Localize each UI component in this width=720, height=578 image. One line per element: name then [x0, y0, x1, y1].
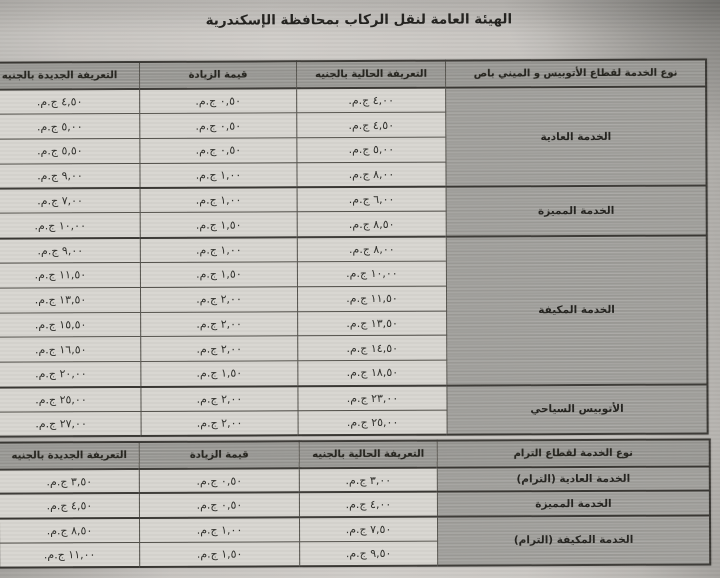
current-tariff-cell: ١١,٥٠ ج.م. [297, 286, 446, 311]
fare-row: الخدمة المميزة٤,٠٠ ج.م.٠,٥٠ ج.م.٤,٥٠ ج.م… [0, 491, 710, 518]
increase-tariff-cell: ١,٠٠ ج.م. [140, 163, 297, 188]
scanned-document-photo: الهيئة العامة لنقل الركاب بمحافظة الإسكن… [0, 0, 720, 578]
increase-tariff-cell: ٠,٥٠ ج.م. [140, 138, 297, 163]
service-category-cell: الخدمة المميزة [446, 186, 707, 237]
new-tariff-cell: ٥,٥٠ ج.م. [0, 139, 140, 164]
current-tariff-cell: ٨,٠٠ ج.م. [297, 162, 446, 187]
increase-tariff-cell: ١,٥٠ ج.م. [140, 212, 297, 237]
current-tariff-cell: ٤,٠٠ ج.م. [297, 88, 446, 113]
current-tariff-cell: ٤,٠٠ ج.م. [299, 492, 437, 517]
current-tariff-cell: ٦,٠٠ ج.م. [297, 187, 446, 212]
column-header-service: نوع الخدمة لقطاع الأتوبيس و الميني باص [446, 59, 707, 87]
fare-row: الأتوبيس السياحي٢٣,٠٠ ج.م.٢,٠٠ ج.م.٢٥,٠٠… [0, 384, 708, 412]
increase-tariff-cell: ٢,٠٠ ج.م. [141, 336, 298, 361]
column-header-service: نوع الخدمة لقطاع الترام [437, 439, 710, 467]
increase-tariff-cell: ٠,٥٠ ج.م. [140, 113, 297, 138]
new-tariff-cell: ٢٥,٠٠ ج.م. [0, 387, 141, 412]
new-tariff-cell: ٤,٥٠ ج.م. [0, 493, 139, 518]
column-header-new: التعريفة الجديدة بالجنيه [0, 62, 140, 90]
current-tariff-cell: ٥,٠٠ ج.م. [297, 137, 446, 162]
new-tariff-cell: ١٥,٥٠ ج.م. [0, 312, 141, 337]
new-tariff-cell: ١٣,٥٠ ج.م. [0, 287, 141, 312]
column-header-current: التعريفة الحالية بالجنيه [299, 441, 437, 469]
column-header-new: التعريفة الجديدة بالجنيه [0, 442, 139, 470]
new-tariff-cell: ١٦,٥٠ ج.م. [0, 337, 141, 362]
increase-tariff-cell: ٢,٠٠ ج.م. [141, 311, 298, 336]
current-tariff-cell: ١٠,٠٠ ج.م. [297, 261, 446, 286]
new-tariff-cell: ٩,٠٠ ج.م. [0, 238, 140, 263]
new-tariff-cell: ٥,٠٠ ج.م. [0, 114, 140, 139]
current-tariff-cell: ٢٣,٠٠ ج.م. [298, 385, 447, 410]
increase-tariff-cell: ١,٠٠ ج.م. [140, 187, 297, 212]
document-title: الهيئة العامة لنقل الركاب بمحافظة الإسكن… [0, 10, 719, 29]
current-tariff-cell: ٧,٥٠ ج.م. [299, 516, 437, 541]
service-category-cell: الخدمة المكيفة [446, 235, 707, 385]
current-tariff-cell: ١٨,٥٠ ج.م. [298, 360, 447, 385]
header-row: نوع الخدمة لقطاع الأتوبيس و الميني باصال… [0, 59, 706, 89]
new-tariff-cell: ٩,٠٠ ج.م. [0, 163, 140, 188]
service-category-cell: الأتوبيس السياحي [447, 384, 708, 435]
increase-tariff-cell: ١,٠٠ ج.م. [140, 237, 297, 262]
new-tariff-cell: ٣,٥٠ ج.م. [0, 469, 139, 494]
current-tariff-cell: ٨,٠٠ ج.م. [297, 236, 446, 261]
fare-row: الخدمة العادية٤,٠٠ ج.م.٠,٥٠ ج.م.٤,٥٠ ج.م… [0, 86, 706, 114]
increase-tariff-cell: ٠,٥٠ ج.م. [139, 493, 299, 518]
increase-tariff-cell: ٠,٥٠ ج.م. [139, 468, 299, 493]
fare-row: الخدمة المكيفة (الترام)٧,٥٠ ج.م.١,٠٠ ج.م… [0, 515, 710, 542]
new-tariff-cell: ٤,٥٠ ج.م. [0, 89, 140, 114]
new-tariff-cell: ١١,٥٠ ج.م. [0, 263, 140, 288]
current-tariff-cell: ٩,٥٠ ج.م. [300, 541, 438, 566]
column-header-current: التعريفة الحالية بالجنيه [297, 61, 446, 89]
increase-tariff-cell: ٠,٥٠ ج.م. [140, 88, 297, 113]
service-category-cell: الخدمة المميزة [437, 491, 710, 517]
bus-table-section: نوع الخدمة لقطاع الأتوبيس و الميني باصال… [11, 58, 709, 437]
increase-tariff-cell: ١,٠٠ ج.م. [139, 517, 299, 542]
increase-tariff-cell: ٢,٠٠ ج.م. [141, 411, 298, 436]
fare-row: الخدمة المميزة٦,٠٠ ج.م.١,٠٠ ج.م.٧,٠٠ ج.م… [0, 186, 707, 214]
tram-fare-table: نوع الخدمة لقطاع الترامالتعريفة الحالية … [0, 438, 711, 568]
current-tariff-cell: ١٣,٥٠ ج.م. [298, 311, 447, 336]
fare-row: الخدمة العادية (الترام)٣,٠٠ ج.م.٠,٥٠ ج.م… [0, 466, 710, 493]
current-tariff-cell: ٤,٥٠ ج.م. [297, 112, 446, 137]
increase-tariff-cell: ١,٥٠ ج.م. [140, 262, 297, 287]
column-header-increase: قيمة الزيادة [140, 61, 297, 89]
service-category-cell: الخدمة العادية (الترام) [437, 466, 710, 492]
current-tariff-cell: ١٤,٥٠ ج.م. [298, 336, 447, 361]
paper-sheet: الهيئة العامة لنقل الركاب بمحافظة الإسكن… [0, 0, 720, 578]
current-tariff-cell: ٨,٥٠ ج.م. [297, 212, 446, 237]
new-tariff-cell: ١٠,٠٠ ج.م. [0, 213, 140, 238]
increase-tariff-cell: ١,٥٠ ج.م. [140, 541, 300, 566]
increase-tariff-cell: ٢,٠٠ ج.م. [140, 287, 297, 312]
fare-row: الخدمة المكيفة٨,٠٠ ج.م.١,٠٠ ج.م.٩,٠٠ ج.م… [0, 235, 707, 263]
current-tariff-cell: ٣,٠٠ ج.م. [299, 468, 437, 493]
increase-tariff-cell: ١,٥٠ ج.م. [141, 361, 298, 386]
service-category-cell: الخدمة العادية [446, 86, 707, 186]
new-tariff-cell: ١١,٠٠ ج.م. [0, 542, 140, 567]
new-tariff-cell: ٧,٠٠ ج.م. [0, 188, 140, 213]
current-tariff-cell: ٢٥,٠٠ ج.م. [298, 410, 447, 435]
new-tariff-cell: ٢٠,٠٠ ج.م. [0, 362, 141, 387]
new-tariff-cell: ٢٧,٠٠ ج.م. [0, 411, 141, 436]
increase-tariff-cell: ٢,٠٠ ج.م. [141, 386, 298, 411]
service-category-cell: الخدمة المكيفة (الترام) [437, 515, 710, 565]
new-tariff-cell: ٨,٥٠ ج.م. [0, 518, 140, 543]
bus-fare-table: نوع الخدمة لقطاع الأتوبيس و الميني باصال… [0, 58, 709, 437]
column-header-increase: قيمة الزيادة [139, 441, 299, 469]
tram-table-section: نوع الخدمة لقطاع الترامالتعريفة الحالية … [31, 438, 712, 568]
header-row: نوع الخدمة لقطاع الترامالتعريفة الحالية … [0, 439, 710, 469]
